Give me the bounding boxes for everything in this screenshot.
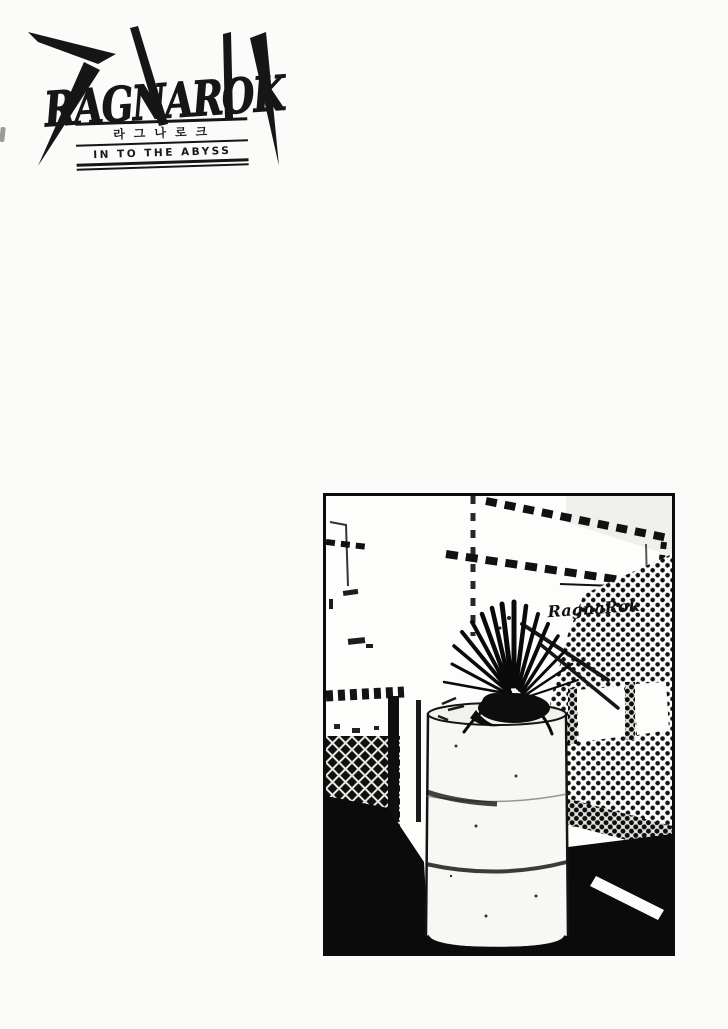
logo-banner: 라그나로크 IN TO THE ABYSS	[75, 117, 248, 170]
photo-illustration: RagnaRok	[326, 496, 672, 953]
barrel	[426, 703, 568, 950]
photo-panel: RagnaRok	[323, 493, 675, 956]
scan-artifact	[0, 127, 6, 142]
ragnarok-logo: RAGNAROK 라그나로크 IN TO THE ABYSS	[26, 14, 302, 200]
logo-spike-top-left	[28, 32, 116, 64]
logo-artwork: RAGNAROK	[26, 14, 302, 200]
manga-page: RAGNAROK 라그나로크 IN TO THE ABYSS	[0, 0, 728, 1029]
